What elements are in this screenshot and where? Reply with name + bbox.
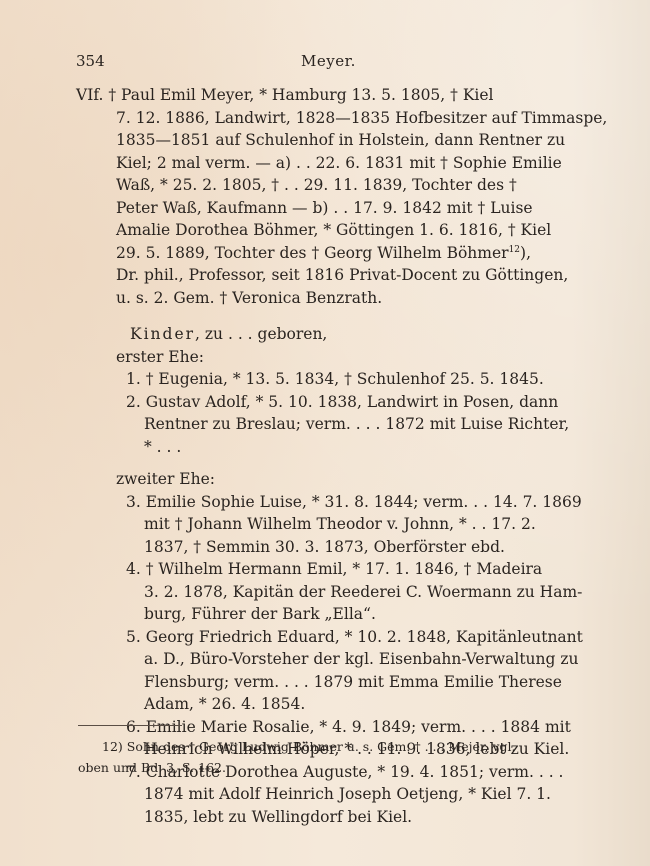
footnote-marker: 12): [102, 739, 123, 754]
book-page: 354 Meyer. VIf. † Paul Emil Meyer, * Ham…: [0, 0, 650, 866]
child-entry: 3. Emilie Sophie Luise, * 31. 8. 1844; v…: [76, 491, 616, 559]
entry-line: u. s. 2. Gem. † Veronica Benzrath.: [76, 287, 616, 310]
first-marriage-label: erster Ehe:: [76, 346, 616, 369]
footnote-text: oben und Bd. 3, S. 162.: [78, 757, 608, 778]
child-entry: 1. † Eugenia, * 13. 5. 1834, † Schulenho…: [76, 368, 616, 391]
child-entry: 2. Gustav Adolf, * 5. 10. 1838, Landwirt…: [76, 391, 616, 459]
entry-line: Kiel; 2 mal verm. — a) . . 22. 6. 1831 m…: [76, 152, 616, 175]
running-title: Meyer.: [76, 52, 581, 70]
entry-line: Waß, * 25. 2. 1805, † . . 29. 11. 1839, …: [76, 174, 616, 197]
footnote-reference[interactable]: 12: [509, 244, 520, 254]
child-entry: 5. Georg Friedrich Eduard, * 10. 2. 1848…: [76, 626, 616, 716]
footnote-text: Sohn des † Georg Ludwig Böhmer u. s. Gem…: [127, 739, 516, 754]
genealogy-entry: VIf. † Paul Emil Meyer, * Hamburg 13. 5.…: [76, 84, 616, 309]
entry-line: 1835—1851 auf Schulenhof in Holstein, da…: [76, 129, 616, 152]
page-body: VIf. † Paul Emil Meyer, * Hamburg 13. 5.…: [76, 84, 616, 828]
entry-line: Dr. phil., Professor, seit 1816 Privat-D…: [76, 264, 616, 287]
footnote-divider: [78, 725, 182, 726]
entry-line: 29. 5. 1889, Tochter des † Georg Wilhelm…: [76, 242, 616, 265]
child-entry: 4. † Wilhelm Hermann Emil, * 17. 1. 1846…: [76, 558, 616, 626]
entry-line: VIf. † Paul Emil Meyer, * Hamburg 13. 5.…: [76, 84, 616, 107]
entry-line: Peter Waß, Kaufmann — b) . . 17. 9. 1842…: [76, 197, 616, 220]
footnote: 12) Sohn des † Georg Ludwig Böhmer u. s.…: [78, 736, 608, 778]
second-marriage-label: zweiter Ehe:: [76, 468, 616, 491]
children-heading: Kinder, zu . . . geboren,: [76, 323, 616, 346]
entry-line: Amalie Dorothea Böhmer, * Göttingen 1. 6…: [76, 219, 616, 242]
page-header: 354 Meyer.: [76, 52, 581, 72]
entry-line: 7. 12. 1886, Landwirt, 1828—1835 Hofbesi…: [76, 107, 616, 130]
